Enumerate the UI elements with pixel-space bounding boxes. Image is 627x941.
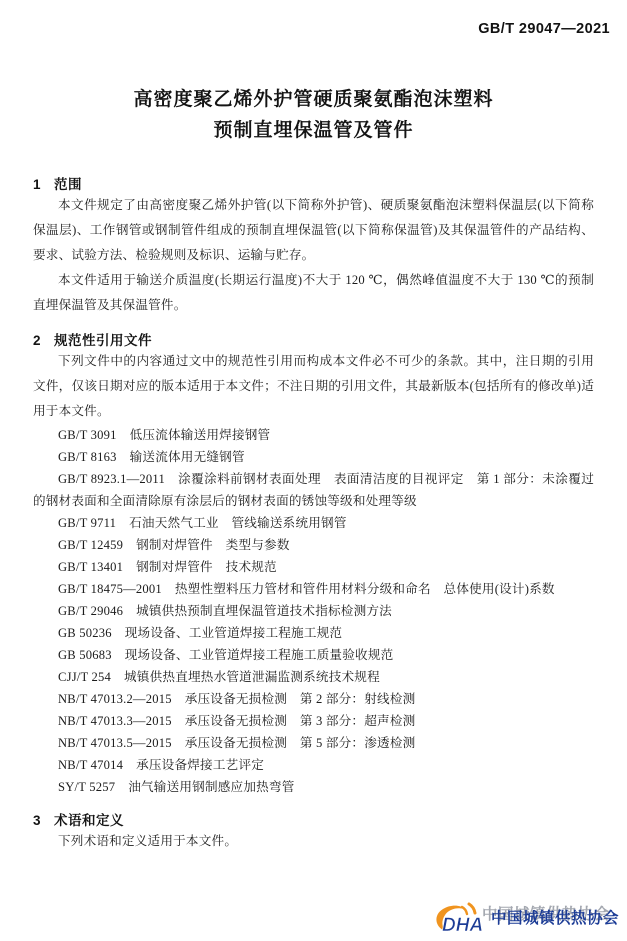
reference-title: 油气输送用钢制感应加热弯管 [128,780,294,794]
section-heading-label: 规范性引用文件 [54,333,152,348]
logo-signal-icon [469,904,475,913]
reference-row: GB 50236现场设备、工业管道焊接工程施工规范 [33,622,594,644]
reference-row: GB 50683现场设备、工业管道焊接工程施工质量验收规范 [33,644,594,666]
logo-name-main: 中国城镇供热协会 [491,910,619,927]
dha-logo-mark: DHA [431,900,489,938]
reference-row: GB/T 3091低压流体输送用焊接钢管 [33,424,594,446]
reference-row: GB/T 29046城镇供热预制直埋保温管道技术指标检测方法 [33,600,594,622]
reference-code: GB/T 12459 [58,538,123,552]
scope-paragraph-1: 本文件规定了由高密度聚乙烯外护管(以下简称外护管)、硬质聚氨酯泡沫塑料保温层(以… [33,193,594,268]
reference-title: 热塑性塑料压力管材和管件用材料分级和命名 总体使用(设计)系数 [175,582,555,596]
reference-row: CJJ/T 254城镇供热直埋热水管道泄漏监测系统技术规程 [33,666,594,688]
document-title-line2: 预制直埋保温管及管件 [33,115,594,146]
reference-title: 现场设备、工业管道焊接工程施工质量验收规范 [125,648,394,662]
reference-code: GB 50236 [58,626,112,640]
reference-code: GB/T 8923.1—2011 [58,472,165,486]
logo-signal-icon [462,907,467,914]
reference-row: NB/T 47013.3—2015承压设备无损检测 第 3 部分：超声检测 [33,710,594,732]
section-heading-label: 范围 [54,177,82,192]
section-heading-label: 术语和定义 [54,813,124,828]
reference-row: GB/T 13401钢制对焊管件 技术规范 [33,556,594,578]
reference-code: GB/T 9711 [58,516,116,530]
reference-title: 低压流体输送用焊接钢管 [130,428,271,442]
references-intro-paragraph: 下列文件中的内容通过文中的规范性引用而构成本文件必不可少的条款。其中，注日期的引… [33,349,594,424]
reference-code: GB/T 29046 [58,604,123,618]
reference-code: GB/T 18475—2001 [58,582,162,596]
reference-row: NB/T 47014承压设备焊接工艺评定 [33,754,594,776]
scope-paragraph-2: 本文件适用于输送介质温度(长期运行温度)不大于 120 ℃，偶然峰值温度不大于 … [33,268,594,318]
terms-paragraph: 下列术语和定义适用于本文件。 [33,829,594,854]
reference-code: GB 50683 [58,648,112,662]
reference-code: GB/T 8163 [58,450,117,464]
document-title: 高密度聚乙烯外护管硬质聚氨酯泡沫塑料 预制直埋保温管及管件 [33,84,594,146]
reference-row: SY/T 5257油气输送用钢制感应加热弯管 [33,776,594,798]
reference-title: 现场设备、工业管道焊接工程施工规范 [125,626,343,640]
section-heading-normative-references: 2规范性引用文件 [33,332,594,349]
dha-association-logo: DHA 中国城镇供热协会 中国城镇供热协会 [431,900,619,938]
reference-code: SY/T 5257 [58,780,115,794]
logo-abbr: DHA [442,915,483,936]
reference-code: GB/T 13401 [58,560,123,574]
reference-row: NB/T 47013.5—2015承压设备无损检测 第 5 部分：渗透检测 [33,732,594,754]
reference-code: GB/T 3091 [58,428,117,442]
reference-code: NB/T 47013.5—2015 [58,736,172,750]
reference-title: 承压设备焊接工艺评定 [136,758,264,772]
reference-title: 城镇供热直埋热水管道泄漏监测系统技术规程 [124,670,380,684]
reference-code: NB/T 47014 [58,758,123,772]
reference-code: NB/T 47013.3—2015 [58,714,172,728]
reference-title: 承压设备无损检测 第 2 部分：射线检测 [185,692,416,706]
reference-row: GB/T 8163输送流体用无缝钢管 [33,446,594,468]
reference-title: 钢制对焊管件 类型与参数 [136,538,290,552]
reference-title: 石油天然气工业 管线输送系统用钢管 [129,516,347,530]
reference-code: CJJ/T 254 [58,670,111,684]
reference-title: 承压设备无损检测 第 3 部分：超声检测 [185,714,416,728]
reference-row: GB/T 9711石油天然气工业 管线输送系统用钢管 [33,512,594,534]
section-heading-scope: 1范围 [33,176,594,193]
section-heading-terms-definitions: 3术语和定义 [33,812,594,829]
logo-name: 中国城镇供热协会 中国城镇供热协会 [491,911,619,927]
reference-list: GB/T 3091低压流体输送用焊接钢管 GB/T 8163输送流体用无缝钢管 … [33,424,594,798]
section-number: 2 [33,332,41,349]
reference-row: GB/T 12459钢制对焊管件 类型与参数 [33,534,594,556]
standard-document-page: GB/T 29047—2021 高密度聚乙烯外护管硬质聚氨酯泡沫塑料 预制直埋保… [0,0,627,941]
section-number: 3 [33,812,41,829]
reference-title: 输送流体用无缝钢管 [130,450,245,464]
reference-row: GB/T 18475—2001热塑性塑料压力管材和管件用材料分级和命名 总体使用… [33,578,594,600]
page-content: 高密度聚乙烯外护管硬质聚氨酯泡沫塑料 预制直埋保温管及管件 1范围 本文件规定了… [33,0,594,854]
reference-row: NB/T 47013.2—2015承压设备无损检测 第 2 部分：射线检测 [33,688,594,710]
reference-title: 钢制对焊管件 技术规范 [136,560,277,574]
section-number: 1 [33,176,41,193]
reference-title: 承压设备无损检测 第 5 部分：渗透检测 [185,736,416,750]
reference-title: 城镇供热预制直埋保温管道技术指标检测方法 [136,604,392,618]
reference-code: NB/T 47013.2—2015 [58,692,172,706]
reference-row: GB/T 8923.1—2011涂覆涂料前钢材表面处理 表面清洁度的目视评定 第… [33,468,594,512]
document-title-line1: 高密度聚乙烯外护管硬质聚氨酯泡沫塑料 [33,84,594,115]
